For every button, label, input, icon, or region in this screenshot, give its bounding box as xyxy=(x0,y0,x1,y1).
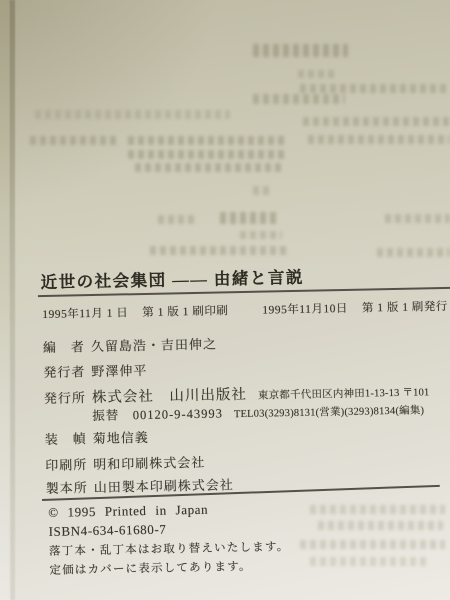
issue-date: 1995年11月10日 xyxy=(262,303,348,317)
row-label: 発行所 xyxy=(44,387,92,407)
row-value: 菊地信義 xyxy=(93,427,149,447)
row-value: 明和印刷株式会社 xyxy=(93,452,205,473)
row-phone: TEL03(3293)8131(営業)(3293)8134(編集) xyxy=(234,402,425,421)
row-label: 製本所 xyxy=(46,477,94,497)
colophon-row-editor: 編 者 久留島浩・吉田伸之 xyxy=(43,334,217,356)
row-value: 久留島浩・吉田伸之 xyxy=(91,334,217,356)
book-colophon-photo: 近世の社会集団 ―― 由緒と言説 1995年11月 1 日第 1 版 1 刷印刷… xyxy=(0,0,450,600)
row-value: 振替 00120-9-43993 xyxy=(92,403,223,424)
row-label: 編 者 xyxy=(43,336,91,356)
row-value: 野澤伸平 xyxy=(91,360,147,380)
notice-exchange: 落丁本・乱丁本はお取り替えいたします。 xyxy=(49,538,290,559)
isbn-line: ISBN4-634-61680-7 xyxy=(48,522,166,540)
book-title: 近世の社会集団 ―― 由緒と言説 xyxy=(40,264,304,293)
colophon-row-publisher-person: 発行者 野澤伸平 xyxy=(43,360,147,381)
row-label: 発行者 xyxy=(43,361,91,381)
colophon-row-printer: 印刷所 明和印刷株式会社 xyxy=(45,452,205,474)
issue-edition-label: 第 1 版 1 刷発行 xyxy=(362,301,448,315)
edition-line: 1995年11月 1 日第 1 版 1 刷印刷1995年11月10日第 1 版 … xyxy=(42,298,448,322)
colophon-content: 近世の社会集団 ―― 由緒と言説 1995年11月 1 日第 1 版 1 刷印刷… xyxy=(0,0,450,600)
print-date: 1995年11月 1 日 xyxy=(42,307,128,321)
copyright-line: © 1995 Printed in Japan xyxy=(48,502,208,521)
row-label: 印刷所 xyxy=(45,454,93,474)
row-label: 装 幀 xyxy=(45,428,93,448)
row-label xyxy=(44,420,92,421)
notice-price: 定価はカバーに表示してあります。 xyxy=(49,558,252,578)
colophon-row-binding-design: 装 幀 菊地信義 xyxy=(45,427,149,448)
print-edition-label: 第 1 版 1 刷印刷 xyxy=(142,305,228,319)
